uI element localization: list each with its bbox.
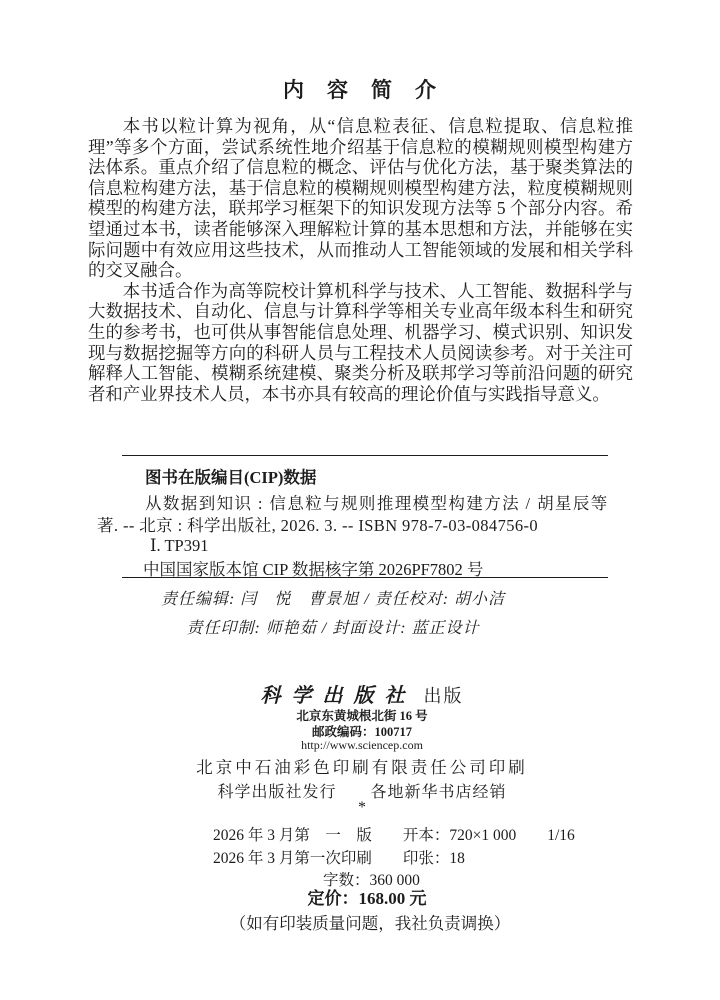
printing-line: 2026 年 3 月第一次印刷 印张：18 xyxy=(213,846,465,868)
publisher-logo-line: 科学出版社 出版 xyxy=(2,679,720,708)
credits-editors-line: 责任编辑: 闫 悦 曹景旭 / 责任校对: 胡小洁 xyxy=(0,586,666,609)
credits-print-design-line: 责任印制: 师艳茹 / 封面设计: 蓝正设计 xyxy=(0,615,666,638)
intro-paragraph-2: 本书适合作为高等院校计算机科学与技术、人工智能、数据科学与大数据技术、自动化、信… xyxy=(88,281,633,405)
intro-body: 本书以粒计算为视角，从“信息粒表征、信息粒提取、信息粒推理”等多个方面，尝试系统… xyxy=(88,116,633,404)
publisher-url: http://www.sciencep.com xyxy=(2,738,720,753)
publisher-publish-word: 出版 xyxy=(424,686,464,706)
cip-title-line: 从数据到知识 : 信息粒与规则推理模型构建方法 / 胡星辰等 xyxy=(145,490,609,514)
intro-title: 内 容 简 介 xyxy=(88,74,632,104)
publisher-logo: 科学出版社 xyxy=(261,685,416,707)
printer-line: 北京中石油彩色印刷有限责任公司印刷 xyxy=(2,754,720,778)
cip-classification-line: Ⅰ. TP391 xyxy=(150,536,208,556)
cip-divider-bottom xyxy=(122,577,608,578)
book-copyright-page: 内 容 简 介 本书以粒计算为视角，从“信息粒表征、信息粒提取、信息粒推理”等多… xyxy=(0,0,720,1000)
intro-paragraph-1: 本书以粒计算为视角，从“信息粒表征、信息粒提取、信息粒推理”等多个方面，尝试系统… xyxy=(88,116,633,281)
cip-author-isbn-line: 著. -- 北京 : 科学出版社, 2026. 3. -- ISBN 978-7… xyxy=(97,512,538,536)
cip-divider-top xyxy=(122,455,608,456)
price-line: 定价：168.00 元 xyxy=(2,884,720,909)
separator-asterisk: * xyxy=(2,799,720,817)
quality-note: （如有印装质量问题，我社负责调换） xyxy=(2,910,720,934)
cip-header: 图书在版编目(CIP)数据 xyxy=(145,464,316,488)
edition-line: 2026 年 3 月第 一 版 开本：720×1 000 1/16 xyxy=(213,823,575,845)
